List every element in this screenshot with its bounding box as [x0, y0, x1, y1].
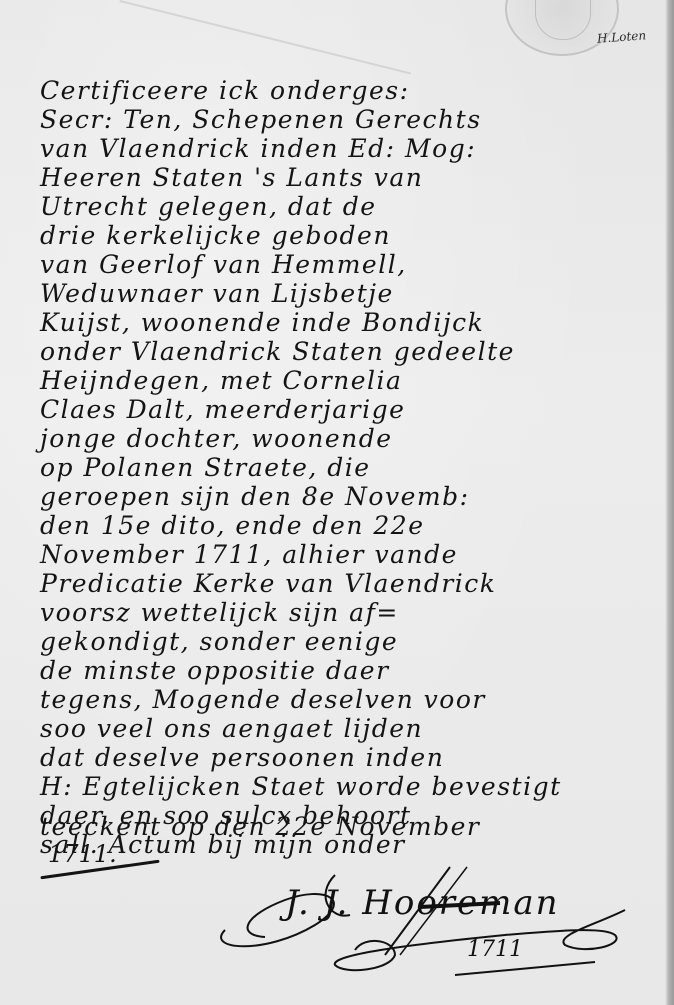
text-line: den 15e dito, ende den 22e: [40, 511, 424, 540]
text-line: Predicatie Kerke van Vlaendrick: [40, 569, 496, 598]
text-line: jonge dochter, woonende: [40, 424, 393, 453]
text-line: voorsz wettelijck sijn af=: [40, 598, 399, 627]
text-line: de minste oppositie daer: [40, 656, 390, 685]
text-line: geroepen sijn den 8e Novemb:: [40, 482, 470, 511]
text-line: Heeren Staten 's Lants van: [40, 163, 423, 192]
page-binding-edge: [665, 0, 674, 1005]
closing-year: 1711.: [48, 840, 117, 868]
text-line: Weduwnaer van Lijsbetje: [40, 279, 394, 308]
text-line: dat deselve persoonen inden: [40, 743, 444, 772]
text-line: teeckent op den 22e November: [40, 812, 480, 841]
text-line: van Geerlof van Hemmell,: [40, 250, 407, 279]
text-line: Secr: Ten, Schepenen Gerechts: [40, 105, 482, 134]
scanned-document-page: H.Loten Certificeere ick onderges: Secr:…: [0, 0, 674, 1005]
text-line: November 1711, alhier vande: [40, 540, 458, 569]
paper-fold-line: [120, 0, 412, 75]
text-line: soo veel ons aengaet lijden: [40, 714, 423, 743]
text-line: drie kerkelijcke geboden: [40, 221, 391, 250]
text-line: Certificeere ick onderges:: [40, 76, 410, 105]
seal-shield-icon: [535, 0, 591, 40]
text-line: H: Egtelijcken Staet worde bevestigt: [40, 772, 562, 801]
embossed-seal: [505, 0, 619, 56]
text-line: Claes Dalt, meerderjarige: [40, 395, 405, 424]
marginal-annotation: H.Loten: [597, 28, 647, 45]
signature-year: 1711: [467, 937, 523, 962]
text-line: op Polanen Straete, die: [40, 453, 371, 482]
text-line: Kuijst, woonende inde Bondijck: [40, 308, 484, 337]
text-line: tegens, Mogende deselven voor: [40, 685, 486, 714]
signature-name: J. J. Hooreman: [285, 883, 560, 923]
text-line: Utrecht gelegen, dat de: [40, 192, 377, 221]
text-line: onder Vlaendrick Staten gedeelte: [40, 337, 515, 366]
text-line: van Vlaendrick inden Ed: Mog:: [40, 134, 476, 163]
signature-block: J. J. Hooreman 1711: [205, 865, 655, 985]
text-line: Heijndegen, met Cornelia: [40, 366, 402, 395]
text-line: gekondigt, sonder eenige: [40, 627, 398, 656]
